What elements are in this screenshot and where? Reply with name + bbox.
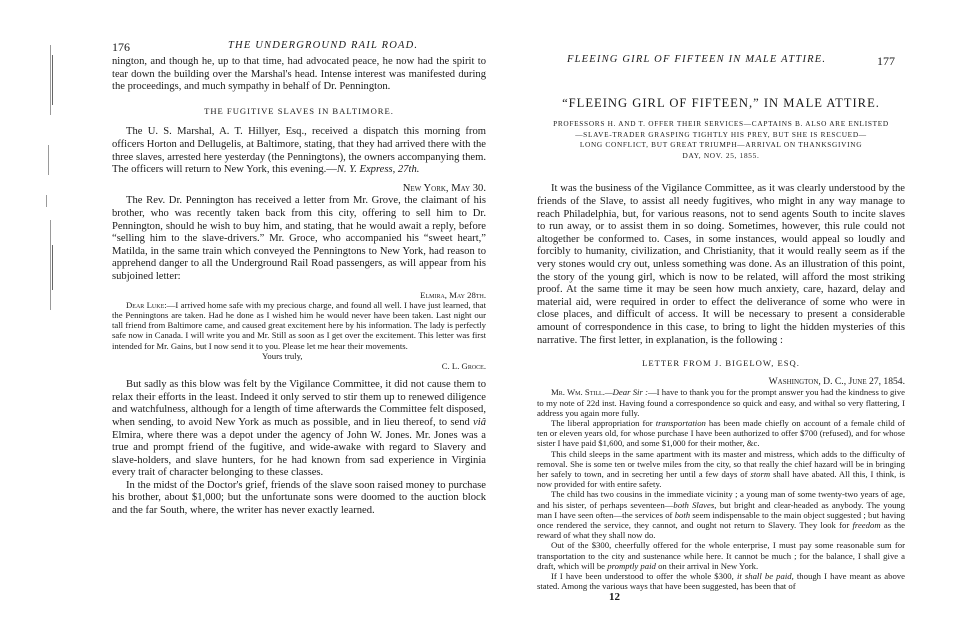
left-running-title: THE UNDERGROUND RAIL ROAD.: [228, 40, 418, 51]
p6-a: If I have been understood to offer the w…: [551, 571, 737, 581]
letter-salutation: Dear Luke:: [126, 300, 167, 310]
letter-dateline: Elmira, May 28th.: [112, 290, 486, 300]
salutation-name: Mr. Wm. Still.: [551, 387, 605, 397]
dispatch-prefix: evening.—: [290, 164, 337, 175]
p5-em: promptly paid: [607, 561, 656, 571]
synopsis-line: long conflict, but great triumph—arrival…: [537, 140, 905, 151]
bigelow-p1: Mr. Wm. Still.—Dear Sir :—I have to than…: [537, 387, 905, 418]
groce-letter: Elmira, May 28th. Dear Luke:—I arrived h…: [112, 290, 486, 372]
sadly-via: viâ: [473, 417, 486, 428]
p4-em2: both: [675, 510, 690, 520]
p2-a: The liberal appropriation for: [551, 418, 656, 428]
left-running-head: 176 THE UNDERGROUND RAIL ROAD.: [112, 40, 486, 56]
synopsis-line: —Slave-trader grasping tightly his prey,…: [537, 130, 905, 141]
grief-paragraph: In the midst of the Doctor's grief, frie…: [112, 480, 486, 518]
bigelow-p6: If I have been understood to offer the w…: [537, 571, 905, 591]
p2-em: transportation: [656, 418, 706, 428]
scan-margin-artifacts: [40, 45, 58, 315]
dispatch-paragraph: The U. S. Marshal, A. T. Hillyer, Esq., …: [112, 126, 486, 176]
right-running-head: FLEEING GIRL OF FIFTEEN IN MALE ATTIRE. …: [537, 54, 905, 70]
letter-closing: Yours truly,: [112, 351, 486, 361]
left-page-number: 176: [112, 40, 130, 55]
p5-b: on their arrival in New York.: [656, 561, 758, 571]
intro-paragraph: It was the business of the Vigilance Com…: [537, 183, 905, 347]
section-heading: THE FUGITIVE SLAVES IN BALTIMORE.: [112, 105, 486, 118]
letter-text: —I arrived home safe with my precious ch…: [112, 300, 486, 351]
dispatch-source: N. Y. Express, 27th.: [337, 164, 420, 175]
salutation-dear: —Dear Sir :: [605, 387, 648, 397]
opening-paragraph: nington, and though he, up to that time,…: [112, 56, 486, 94]
right-page-number: 177: [877, 54, 895, 69]
chapter-title: “FLEEING GIRL OF FIFTEEN,” IN MALE ATTIR…: [537, 96, 905, 111]
bigelow-dateline: Washington, D. C., June 27, 1854.: [537, 377, 905, 387]
sadly-text-b: Elmira, where there was a depot under th…: [112, 430, 486, 479]
right-running-title: FLEEING GIRL OF FIFTEEN IN MALE ATTIRE.: [567, 54, 826, 65]
bigelow-letter: Washington, D. C., June 27, 1854. Mr. Wm…: [537, 377, 905, 591]
letter-body: Dear Luke:—I arrived home safe with my p…: [112, 300, 486, 351]
letter-signature: C. L. Groce.: [112, 361, 486, 371]
p4-em1: both Slaves: [673, 500, 714, 510]
p3-em: storm: [750, 469, 770, 479]
sadly-paragraph: But sadly as this blow was felt by the V…: [112, 379, 486, 480]
p4-em3: freedom: [852, 520, 880, 530]
pennington-paragraph: The Rev. Dr. Pennington has received a l…: [112, 195, 486, 283]
synopsis-line: Professors H. and T. offer their service…: [537, 119, 905, 130]
p6-em: it shall be paid: [737, 571, 792, 581]
chapter-synopsis: Professors H. and T. offer their service…: [537, 119, 905, 161]
dateline-new-york: New York, May 30.: [112, 183, 486, 196]
signature-mark: 12: [537, 591, 905, 603]
bigelow-p5: Out of the $300, cheerfully offered for …: [537, 540, 905, 571]
left-page: 176 THE UNDERGROUND RAIL ROAD. nington, …: [112, 40, 486, 518]
bigelow-p4: The child has two cousins in the immedia…: [537, 489, 905, 540]
right-page: FLEEING GIRL OF FIFTEEN IN MALE ATTIRE. …: [537, 40, 905, 603]
letter-heading: LETTER FROM J. BIGELOW, ESQ.: [537, 358, 905, 368]
sadly-text-a: But sadly as this blow was felt by the V…: [112, 379, 486, 428]
synopsis-line: day, Nov. 25, 1855.: [537, 151, 905, 162]
bigelow-p3: This child sleeps in the same apartment …: [537, 449, 905, 490]
bigelow-p2: The liberal appropriation for transporta…: [537, 418, 905, 449]
